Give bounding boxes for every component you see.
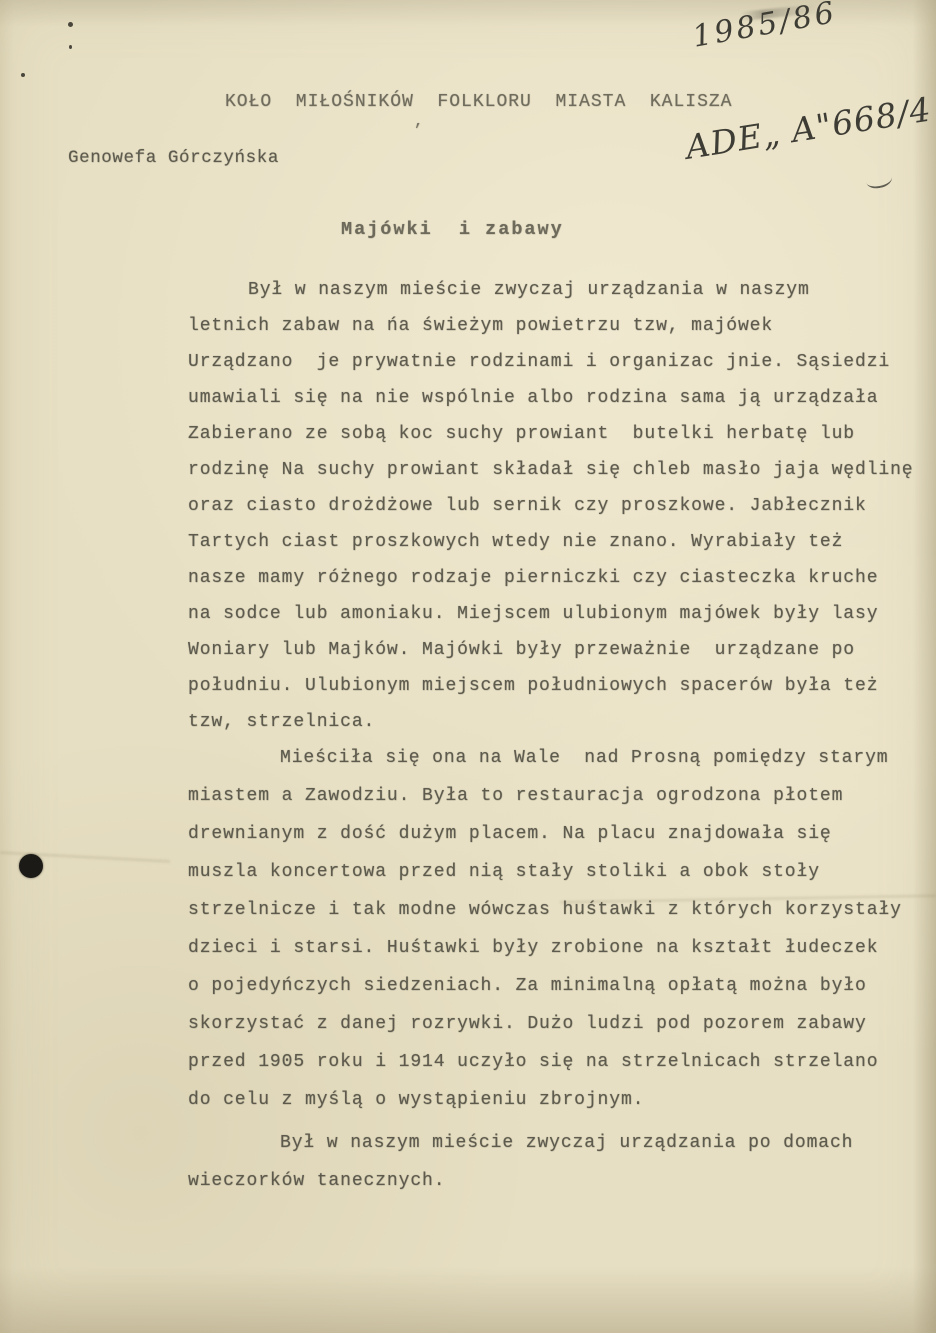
typed-line: Był w naszym mieście zwyczaj urządzania … — [188, 1124, 933, 1162]
typed-line: do celu z myślą o wystąpieniu zbrojnym. — [188, 1081, 933, 1119]
typed-line: oraz ciasto drożdżowe lub sernik czy pro… — [188, 488, 933, 524]
organization-header: KOŁO MIŁOŚNIKÓW FOLKLORU MIASTA KALISZA — [225, 92, 732, 112]
typed-line: Tartych ciast proszkowych wtedy nie znan… — [188, 524, 933, 560]
typed-line: Mieściła się ona na Wale nad Prosną pomi… — [188, 739, 933, 777]
handwritten-year-annotation: 1985/86 — [690, 0, 840, 55]
typed-line: muszla koncertowa przed nią stały stolik… — [188, 853, 933, 891]
paragraph-wieczorki: Był w naszym mieście zwyczaj urządzania … — [188, 1124, 933, 1200]
typed-line: miastem a Zawodziu. Była to restauracja … — [188, 777, 933, 815]
typed-line: letnich zabaw na ńa świeżym powietrzu tz… — [188, 308, 933, 344]
ink-speck — [21, 73, 25, 77]
typed-line: drewnianym z dość dużym placem. Na placu… — [188, 815, 933, 853]
typed-line: Urządzano je prywatnie rodzinami i organ… — [188, 344, 933, 380]
typed-line: dzieci i starsi. Huśtawki były zrobione … — [188, 929, 933, 967]
typed-line: na sodce lub amoniaku. Miejscem ulubiony… — [188, 596, 933, 632]
author-name: Genowefa Górczyńska — [68, 148, 279, 168]
typed-line: wieczorków tanecznych. — [188, 1162, 933, 1200]
typed-line: umawiali się na nie wspólnie albo rodzin… — [188, 380, 933, 416]
typed-line: rodzinę Na suchy prowiant składał się ch… — [188, 452, 933, 488]
typed-line: Woniary lub Majków. Majówki były przeważ… — [188, 632, 933, 668]
scanned-document-page: 1985/86 ADE„ A"668/4 KOŁO MIŁOŚNIKÓW FOL… — [0, 0, 936, 1333]
punch-hole-mark — [19, 854, 43, 878]
typed-line: strzelnicze i tak modne wówczas huśtawki… — [188, 891, 933, 929]
typed-line: południu. Ulubionym miejscem południowyc… — [188, 668, 933, 704]
typed-line: przed 1905 roku i 1914 uczyło się na str… — [188, 1043, 933, 1081]
typed-line: skorzystać z danej rozrywki. Dużo ludzi … — [188, 1005, 933, 1043]
typewriter-stray-comma: , — [414, 112, 424, 130]
typed-line: nasze mamy różnego rodzaje pierniczki cz… — [188, 560, 933, 596]
typed-line: Zabierano ze sobą koc suchy prowiant but… — [188, 416, 933, 452]
typed-line: tzw, strzelnica. — [188, 704, 933, 740]
typed-line: Był w naszym mieście zwyczaj urządzania … — [188, 272, 933, 308]
handwritten-flourish — [865, 169, 894, 190]
paragraph-strzelnica: Mieściła się ona na Wale nad Prosną pomi… — [188, 739, 933, 1119]
ink-speck — [69, 45, 72, 49]
document-title: Majówki i zabawy — [341, 219, 564, 240]
ink-speck — [68, 22, 73, 27]
typed-line: o pojedyńczych siedzeniach. Za minimalną… — [188, 967, 933, 1005]
paragraph-majowki: Był w naszym mieście zwyczaj urządzania … — [188, 272, 933, 740]
